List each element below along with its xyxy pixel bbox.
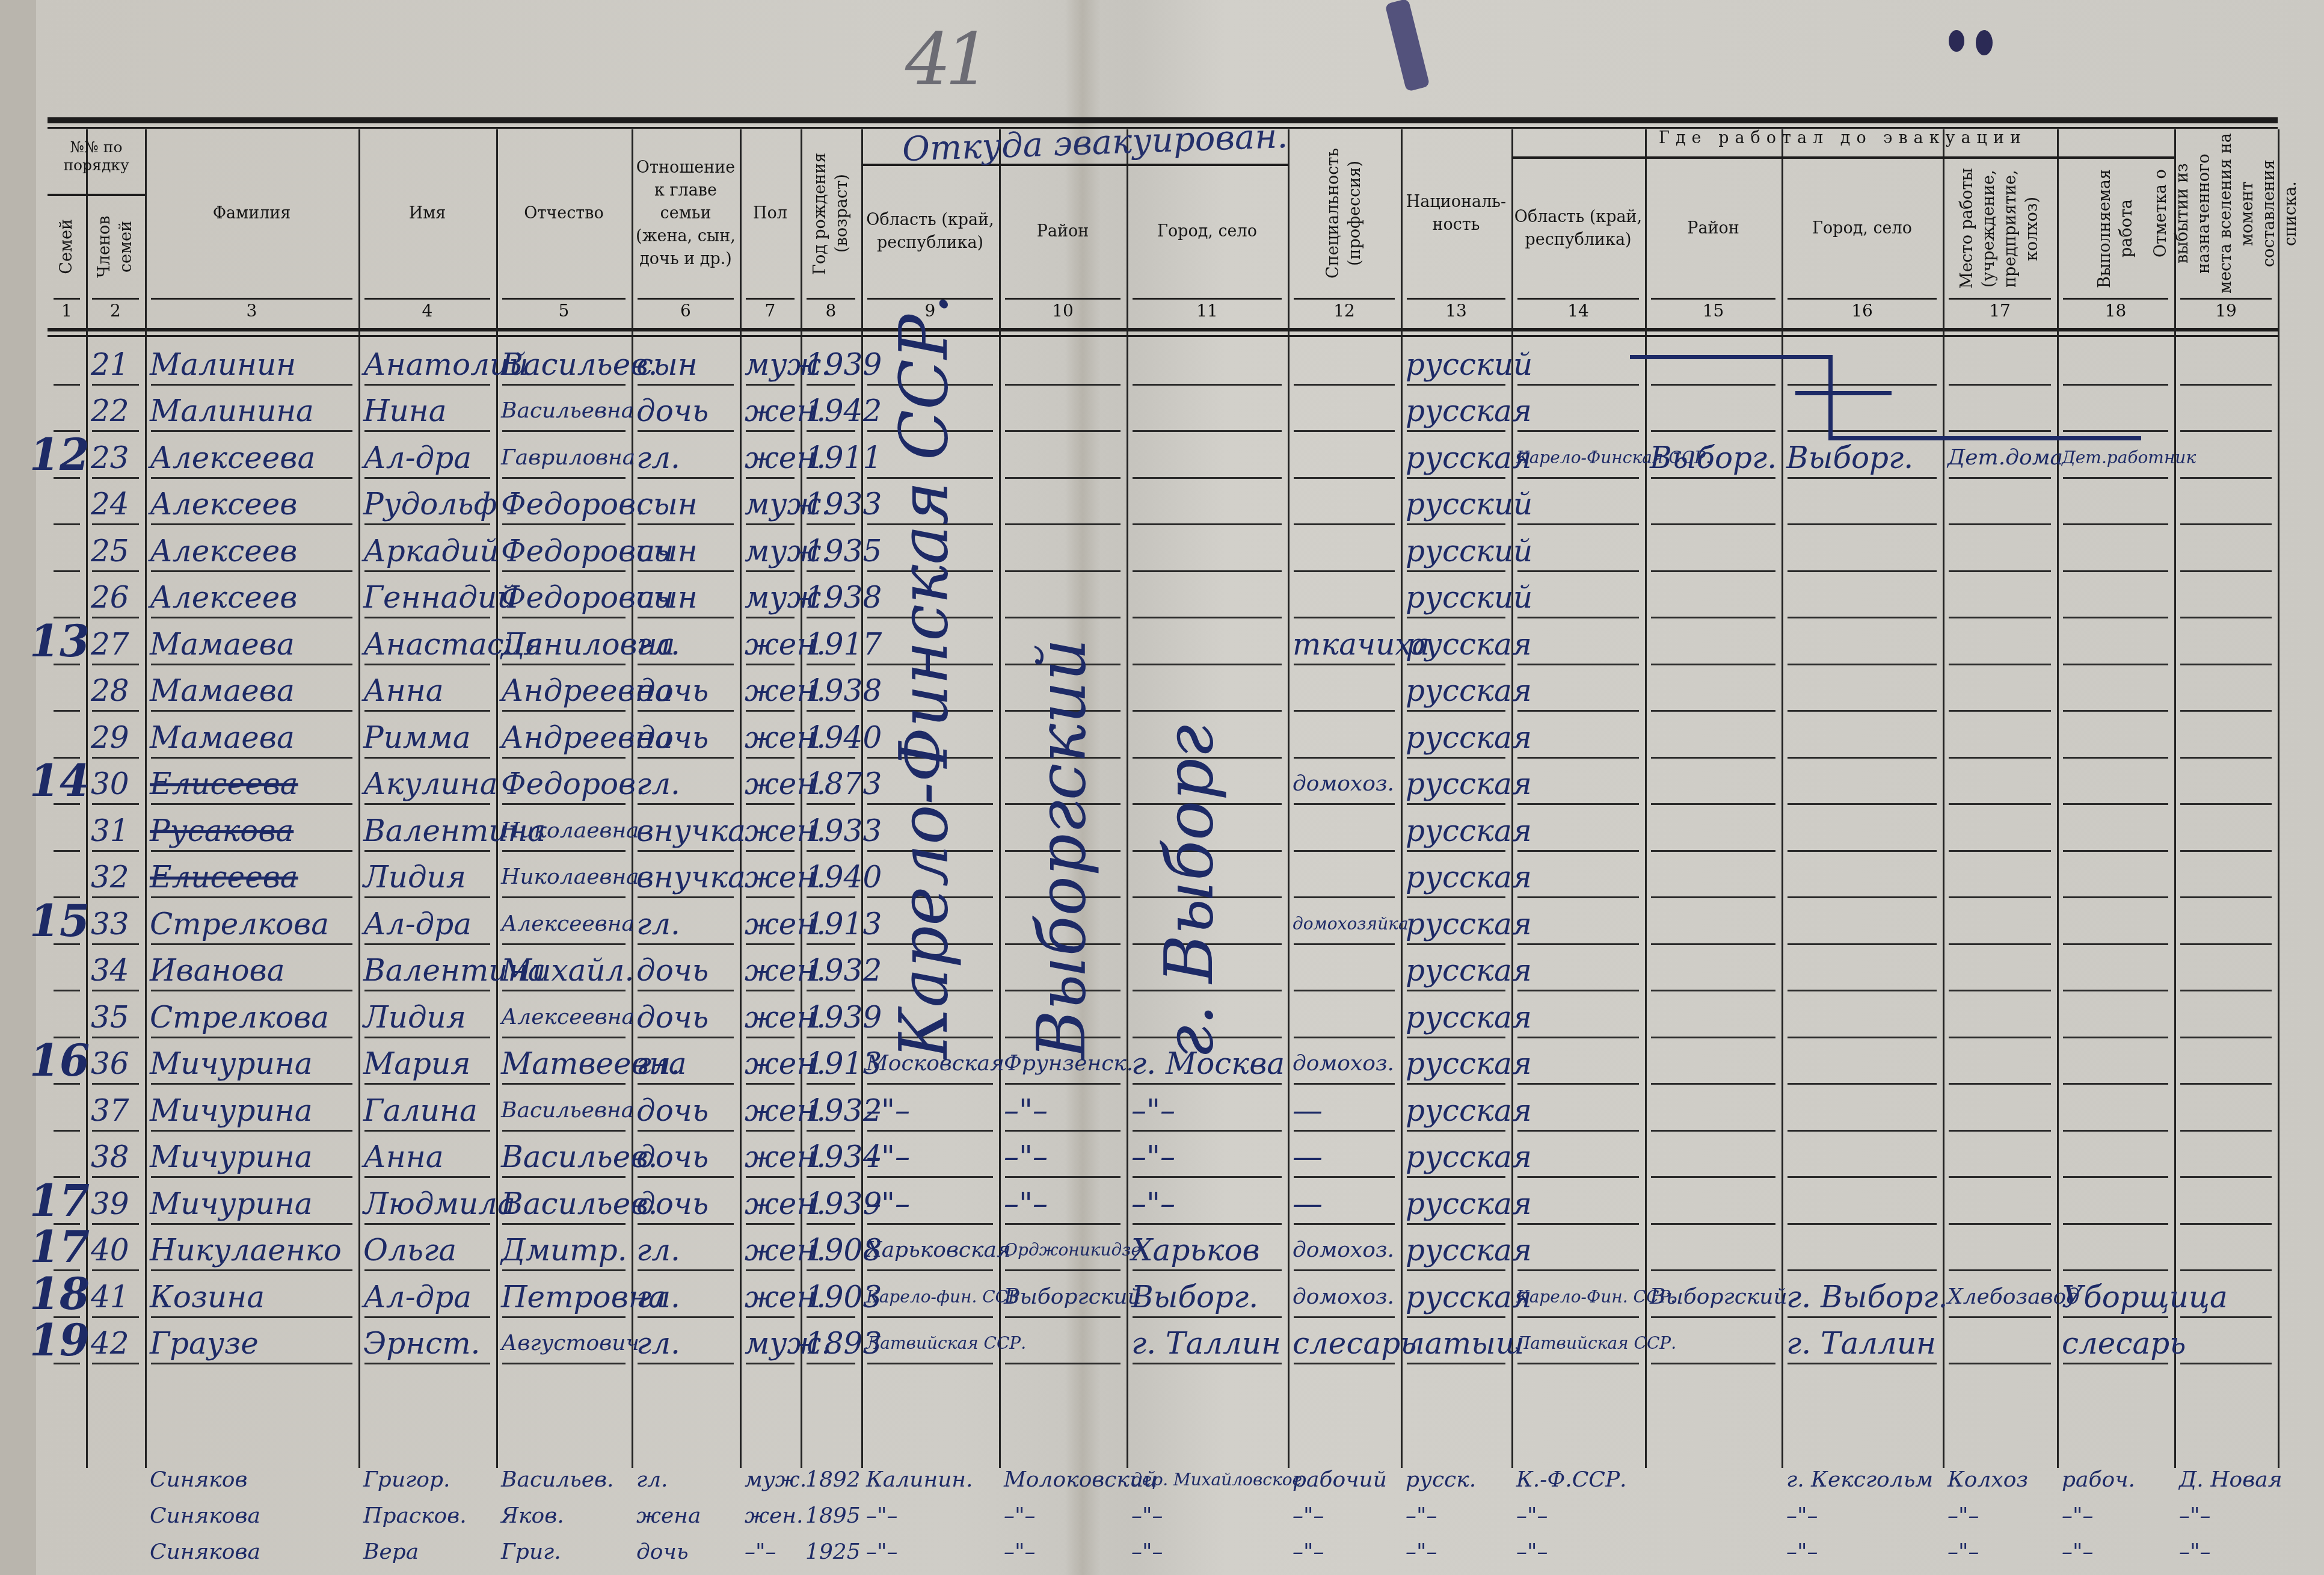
member-number: 22 xyxy=(91,393,129,429)
column-header-label: Членов семей xyxy=(94,199,137,295)
surname: Елисеева xyxy=(150,859,298,895)
work-city: г. Таллин xyxy=(1786,1325,1936,1361)
appended-profession: рабочий xyxy=(1293,1462,1387,1498)
member-number: 30 xyxy=(91,766,129,802)
column-header-label: Область (край, республика) xyxy=(1514,206,1643,251)
surname: Мичурина xyxy=(150,1139,312,1175)
row-underline xyxy=(502,896,626,898)
row-underline xyxy=(1949,1363,2051,1364)
column-header: Город, село xyxy=(1784,162,1940,295)
surname: Стрелкова xyxy=(150,906,329,942)
column-number: 2 xyxy=(86,301,145,327)
row-underline xyxy=(638,523,734,525)
first-name: Рудольф xyxy=(363,486,497,522)
column-number: 15 xyxy=(1645,301,1781,327)
nationality: русский xyxy=(1406,486,1532,522)
appended-surname: Синякова xyxy=(150,1534,260,1570)
row-underline xyxy=(638,896,734,898)
row-underline xyxy=(92,1083,139,1085)
relation: гл. xyxy=(636,1046,680,1082)
row-underline xyxy=(502,850,626,852)
column-header: Националь-ность xyxy=(1403,132,1509,295)
row-underline xyxy=(151,1316,352,1318)
row-underline xyxy=(2063,430,2168,432)
row-underline xyxy=(364,1316,490,1318)
row-underline xyxy=(1788,570,1937,572)
row-underline xyxy=(364,1037,490,1038)
row-underline xyxy=(638,757,734,759)
row-underline xyxy=(867,1269,993,1271)
row-underline xyxy=(92,710,139,712)
row-underline xyxy=(1651,757,1775,759)
surname: Козина xyxy=(150,1279,265,1315)
relation: гл. xyxy=(636,906,680,942)
appended-year: 1925 xyxy=(805,1534,861,1570)
row-underline xyxy=(92,477,139,479)
row-underline xyxy=(1949,570,2051,572)
first-name: Акулина xyxy=(363,766,498,802)
appended-c10: –"– xyxy=(1004,1498,1036,1534)
patronymic: Дмитр. xyxy=(501,1232,627,1268)
relation: дочь xyxy=(636,673,709,709)
column-divider xyxy=(1943,129,1944,1468)
row-underline xyxy=(1517,1363,1639,1364)
row-underline xyxy=(1294,523,1395,525)
column-header: Пол xyxy=(742,132,798,295)
row-underline xyxy=(1407,1083,1505,1085)
row-underline xyxy=(364,1363,490,1364)
member-number: 40 xyxy=(91,1232,129,1268)
row-underline xyxy=(2063,384,2168,386)
row-underline xyxy=(1788,850,1937,852)
row-underline xyxy=(502,1037,626,1038)
appended-nationality: –"– xyxy=(1406,1534,1437,1570)
row-underline xyxy=(1517,1083,1639,1085)
appended-year: 1895 xyxy=(805,1498,861,1534)
row-underline xyxy=(2063,1223,2168,1225)
column-number: 13 xyxy=(1401,301,1511,327)
row-underline xyxy=(1407,477,1505,479)
surname: Алексеев xyxy=(150,579,297,615)
appended-sex: жен. xyxy=(745,1498,803,1534)
row-underline xyxy=(638,990,734,991)
row-underline xyxy=(638,1037,734,1038)
nationality: русская xyxy=(1406,1232,1532,1268)
first-name: Мария xyxy=(363,1046,470,1082)
patronymic: Гавриловна xyxy=(501,440,635,476)
family-number: 18 xyxy=(29,1268,90,1319)
column-header: Отметка о выбытии из назначенного места … xyxy=(2177,129,2275,298)
evac-city: –"– xyxy=(1131,1139,1175,1175)
row-underline xyxy=(1517,1037,1639,1038)
row-underline xyxy=(502,570,626,572)
patronymic: Федоров. xyxy=(501,486,645,522)
member-number: 27 xyxy=(91,626,129,662)
column-divider xyxy=(740,129,742,1468)
cancel-mark xyxy=(1828,436,2141,440)
column-number: 5 xyxy=(496,301,632,327)
job: Уборщица xyxy=(2062,1279,2203,1315)
row-underline xyxy=(502,617,626,618)
first-name: Римма xyxy=(363,720,471,756)
row-underline xyxy=(746,1083,795,1085)
row-underline xyxy=(1407,1363,1505,1364)
row-underline xyxy=(1133,1130,1282,1132)
row-underline xyxy=(1949,1130,2051,1132)
patronymic: Федоров. xyxy=(501,766,645,802)
row-underline xyxy=(746,1223,795,1225)
row-underline xyxy=(807,710,855,712)
row-underline xyxy=(1651,477,1775,479)
appended-surname: Синякова xyxy=(150,1498,260,1534)
row-underline xyxy=(746,943,795,945)
row-underline xyxy=(1949,1316,2051,1318)
surname: Мамаева xyxy=(150,626,295,662)
evac-city: –"– xyxy=(1131,1186,1175,1222)
evac-district: –"– xyxy=(1004,1186,1048,1222)
header-underline xyxy=(1517,298,1639,300)
row-underline xyxy=(1651,710,1775,712)
column-divider xyxy=(2174,129,2176,1468)
row-underline xyxy=(638,1269,734,1271)
row-underline xyxy=(1651,943,1775,945)
row-underline xyxy=(867,1176,993,1178)
evac-city: Выборг. xyxy=(1131,1279,1258,1315)
column-header: Отношение к главе семьи (жена, сын, дочь… xyxy=(634,132,737,295)
evac-city: г. Таллин xyxy=(1131,1325,1281,1361)
row-underline xyxy=(2180,617,2272,618)
row-underline xyxy=(638,384,734,386)
appended-c18: –"– xyxy=(2062,1498,2094,1534)
birth-year: 1940 xyxy=(805,859,882,895)
patronymic: Михайл. xyxy=(501,952,634,988)
row-underline xyxy=(1788,1316,1937,1318)
row-underline xyxy=(638,710,734,712)
relation: сын xyxy=(636,486,698,522)
row-underline xyxy=(1517,1130,1639,1132)
relation: сын xyxy=(636,579,698,615)
nationality: русская xyxy=(1406,1093,1532,1129)
row-underline xyxy=(364,477,490,479)
header-underline xyxy=(746,298,795,300)
row-underline xyxy=(502,990,626,991)
row-underline xyxy=(502,1316,626,1318)
row-underline xyxy=(1294,1037,1395,1038)
appended-c19: Д. Новая xyxy=(2179,1462,2282,1498)
row-underline xyxy=(1294,1269,1395,1271)
row-underline xyxy=(1294,430,1395,432)
nationality: русская xyxy=(1406,859,1532,895)
row-underline xyxy=(1949,384,2051,386)
row-underline xyxy=(92,523,139,525)
relation: дочь xyxy=(636,999,709,1035)
header-underline xyxy=(1005,298,1120,300)
column-divider xyxy=(358,129,360,1468)
row-underline xyxy=(2063,477,2168,479)
nationality: русская xyxy=(1406,1139,1532,1175)
row-underline xyxy=(1517,1176,1639,1178)
first-name: Геннадий xyxy=(363,579,516,615)
row-underline xyxy=(151,850,352,852)
relation: внучка xyxy=(636,859,746,895)
row-underline xyxy=(746,710,795,712)
row-underline xyxy=(2063,617,2168,618)
row-underline xyxy=(502,430,626,432)
column-header-label: Отметка о выбытии из назначенного места … xyxy=(2150,129,2302,298)
row-underline xyxy=(1517,896,1639,898)
row-underline xyxy=(746,430,795,432)
row-underline xyxy=(1133,1316,1282,1318)
row-underline xyxy=(746,1037,795,1038)
row-underline xyxy=(2180,710,2272,712)
row-underline xyxy=(1005,1176,1120,1178)
column-header: Имя xyxy=(361,132,494,295)
column-number: 4 xyxy=(358,301,496,327)
row-underline xyxy=(92,1316,139,1318)
row-underline xyxy=(1294,757,1395,759)
cancel-mark xyxy=(1795,391,1892,395)
row-underline xyxy=(151,1037,352,1038)
column-divider xyxy=(145,129,147,1468)
row-underline xyxy=(502,1130,626,1132)
row-underline xyxy=(1788,1176,1937,1178)
column-header: Семей xyxy=(50,199,84,295)
family-number: 13 xyxy=(29,615,90,667)
row-underline xyxy=(1294,570,1395,572)
row-underline xyxy=(1407,990,1505,991)
profession: домохоз. xyxy=(1293,1279,1394,1315)
member-number: 26 xyxy=(91,579,129,615)
row-underline xyxy=(1788,617,1937,618)
row-underline xyxy=(1407,896,1505,898)
appended-name: Прасков. xyxy=(363,1498,467,1534)
row-underline xyxy=(92,1363,139,1364)
appended-c17: Колхоз xyxy=(1947,1462,2028,1498)
family-number: 16 xyxy=(29,1035,90,1086)
row-underline xyxy=(502,523,626,525)
row-underline xyxy=(2180,1176,2272,1178)
row-underline xyxy=(807,1269,855,1271)
row-underline xyxy=(638,850,734,852)
row-underline xyxy=(502,384,626,386)
appended-c11: –"– xyxy=(1131,1534,1163,1570)
row-underline xyxy=(364,617,490,618)
first-name: Анна xyxy=(363,673,444,709)
row-underline xyxy=(1005,1363,1120,1364)
row-underline xyxy=(1294,850,1395,852)
row-underline xyxy=(1949,430,2051,432)
row-underline xyxy=(151,430,352,432)
row-underline xyxy=(2180,477,2272,479)
row-underline xyxy=(502,710,626,712)
cancel-mark xyxy=(1630,355,1833,440)
row-underline xyxy=(2180,757,2272,759)
first-name: Галина xyxy=(363,1093,478,1129)
column-number: 12 xyxy=(1288,301,1401,327)
row-underline xyxy=(1407,1316,1505,1318)
surname: Стрелкова xyxy=(150,999,329,1035)
row-underline xyxy=(807,1083,855,1085)
row-underline xyxy=(1651,570,1775,572)
row-underline xyxy=(1133,1083,1282,1085)
column-header-label: Район xyxy=(1687,217,1739,240)
column-header: Место работы (учреждение, предприятие, к… xyxy=(1945,162,2055,295)
row-underline xyxy=(867,1223,993,1225)
ink-blot xyxy=(1949,30,1964,52)
column-number: 14 xyxy=(1511,301,1645,327)
first-name: Людмила xyxy=(363,1186,515,1222)
member-number: 33 xyxy=(91,906,129,942)
appended-c19: –"– xyxy=(2179,1498,2211,1534)
row-underline xyxy=(364,943,490,945)
appended-name: Вера xyxy=(363,1534,419,1570)
row-underline xyxy=(1407,1130,1505,1132)
row-underline xyxy=(1005,1269,1120,1271)
first-name: Нина xyxy=(363,393,447,429)
row-underline xyxy=(151,1269,352,1271)
row-underline xyxy=(364,1083,490,1085)
surname: Мамаева xyxy=(150,720,295,756)
appended-c18: –"– xyxy=(2062,1534,2094,1570)
row-underline xyxy=(1407,757,1505,759)
row-underline xyxy=(92,757,139,759)
row-underline xyxy=(92,1130,139,1132)
appended-relation: дочь xyxy=(636,1534,688,1570)
nationality: русская xyxy=(1406,766,1532,802)
evac-region: –"– xyxy=(866,1186,910,1222)
appended-c10: –"– xyxy=(1004,1534,1036,1570)
row-underline xyxy=(1407,1176,1505,1178)
row-underline xyxy=(364,430,490,432)
member-number: 41 xyxy=(91,1279,129,1315)
row-underline xyxy=(1788,757,1937,759)
row-underline xyxy=(364,1269,490,1271)
row-underline xyxy=(1517,570,1639,572)
row-underline xyxy=(364,990,490,991)
row-underline xyxy=(502,1176,626,1178)
row-underline xyxy=(1651,1130,1775,1132)
profession: слесарь xyxy=(1293,1325,1416,1361)
row-underline xyxy=(151,990,352,991)
row-underline xyxy=(638,1363,734,1364)
row-underline xyxy=(151,523,352,525)
appended-c9: –"– xyxy=(866,1498,898,1534)
row-underline xyxy=(151,1083,352,1085)
row-underline xyxy=(92,1269,139,1271)
row-underline xyxy=(1651,1363,1775,1364)
row-underline xyxy=(867,1130,993,1132)
row-underline xyxy=(1517,477,1639,479)
row-underline xyxy=(2180,850,2272,852)
row-underline xyxy=(1517,523,1639,525)
nationality: русская xyxy=(1406,999,1532,1035)
patronymic: Васильев. xyxy=(501,1186,657,1222)
row-underline xyxy=(92,1176,139,1178)
header-underline xyxy=(1294,298,1395,300)
row-underline xyxy=(746,664,795,665)
row-underline xyxy=(1651,1269,1775,1271)
row-underline xyxy=(1517,430,1639,432)
row-underline xyxy=(746,757,795,759)
row-underline xyxy=(92,850,139,852)
column-divider xyxy=(2057,129,2059,1468)
row-underline xyxy=(1651,1083,1775,1085)
header-underline xyxy=(1788,298,1937,300)
nationality: русская xyxy=(1406,440,1532,476)
row-underline xyxy=(638,664,734,665)
column-header-label: Специальность (профессия) xyxy=(1323,132,1366,295)
appended-c16: г. Кексгольм xyxy=(1786,1462,1933,1498)
surname: Малинин xyxy=(150,347,296,383)
row-underline xyxy=(1407,430,1505,432)
evac-district: –"– xyxy=(1004,1093,1048,1129)
row-underline xyxy=(807,1176,855,1178)
row-underline xyxy=(54,710,80,712)
evac-region: Латвийская ССР. xyxy=(866,1325,1026,1361)
column-header-label: Пол xyxy=(753,202,787,225)
row-underline xyxy=(638,430,734,432)
row-underline xyxy=(1294,896,1395,898)
column-header-label: Выполняемая работа xyxy=(2094,162,2138,295)
row-underline xyxy=(151,1223,352,1225)
row-underline xyxy=(1651,664,1775,665)
row-underline xyxy=(151,570,352,572)
row-underline xyxy=(502,1083,626,1085)
row-underline xyxy=(807,617,855,618)
row-underline xyxy=(1651,1223,1775,1225)
row-underline xyxy=(364,710,490,712)
column-header: Город, село xyxy=(1129,171,1285,292)
row-underline xyxy=(807,1363,855,1364)
row-underline xyxy=(1517,617,1639,618)
first-name: Анна xyxy=(363,1139,444,1175)
row-underline xyxy=(1407,943,1505,945)
appended-patronymic: Григ. xyxy=(501,1534,561,1570)
row-underline xyxy=(1788,990,1937,991)
column-header-label: Семей xyxy=(56,219,78,274)
nationality: русский xyxy=(1406,347,1532,383)
row-underline xyxy=(1133,1269,1282,1271)
row-underline xyxy=(1788,943,1937,945)
column-number: 17 xyxy=(1943,301,2057,327)
row-underline xyxy=(151,710,352,712)
relation: дочь xyxy=(636,393,709,429)
profession: домохозяйка xyxy=(1293,906,1409,942)
row-underline xyxy=(2063,1037,2168,1038)
header-underline xyxy=(92,298,139,300)
nationality: русская xyxy=(1406,1186,1532,1222)
row-underline xyxy=(746,1176,795,1178)
row-underline xyxy=(54,850,80,852)
header-work-before-evacuation: Где работал до эвакуации xyxy=(1511,120,2174,156)
relation: гл. xyxy=(636,766,680,802)
surname: Мамаева xyxy=(150,673,295,709)
appended-profession: –"– xyxy=(1293,1534,1324,1570)
work-district: Выборг. xyxy=(1650,440,1777,476)
column-header-label: Фамилия xyxy=(213,202,291,225)
evac-region: –"– xyxy=(866,1093,910,1129)
relation: дочь xyxy=(636,952,709,988)
evac-city: –"– xyxy=(1131,1093,1175,1129)
row-underline xyxy=(746,477,795,479)
row-underline xyxy=(2063,943,2168,945)
row-underline xyxy=(638,1176,734,1178)
member-number: 24 xyxy=(91,486,129,522)
birth-year: 1932 xyxy=(805,952,882,988)
row-underline xyxy=(92,943,139,945)
row-underline xyxy=(807,757,855,759)
surname: Мичурина xyxy=(150,1186,312,1222)
